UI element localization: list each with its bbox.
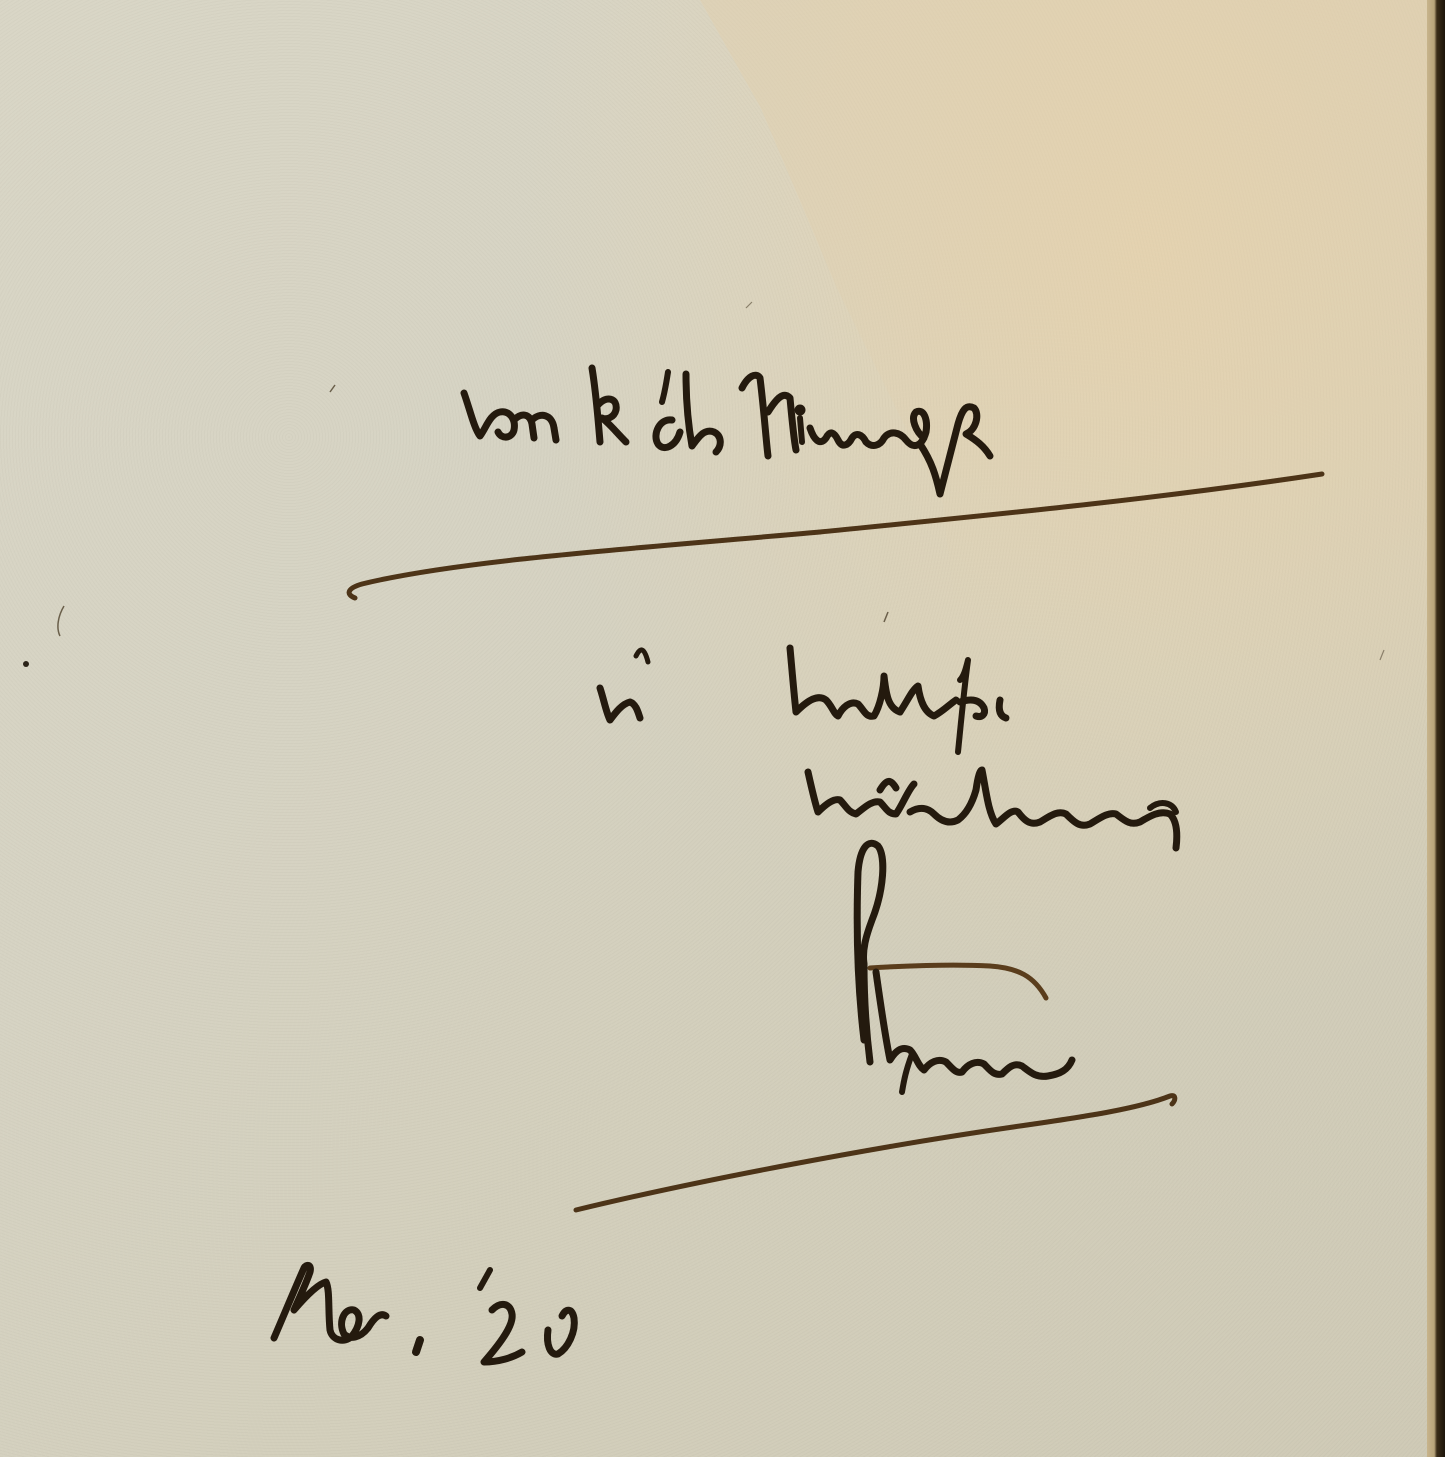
paper-specks xyxy=(23,302,1384,667)
underline-2 xyxy=(576,1096,1175,1210)
word-voor xyxy=(464,393,556,440)
word-ride xyxy=(592,368,720,452)
underline-1 xyxy=(349,474,1322,598)
word-in xyxy=(600,650,648,720)
date-written xyxy=(274,1265,574,1362)
word-hartelijke xyxy=(790,648,1006,752)
signature xyxy=(857,843,1072,1092)
book-flyleaf-page: voor Ri'de Niemeijer in hartelijke vrien… xyxy=(0,0,1445,1457)
word-niemeijer xyxy=(742,375,990,494)
book-page-edge xyxy=(1427,0,1445,1457)
word-vriendschap xyxy=(808,770,1177,848)
handwriting-layer xyxy=(0,0,1445,1457)
